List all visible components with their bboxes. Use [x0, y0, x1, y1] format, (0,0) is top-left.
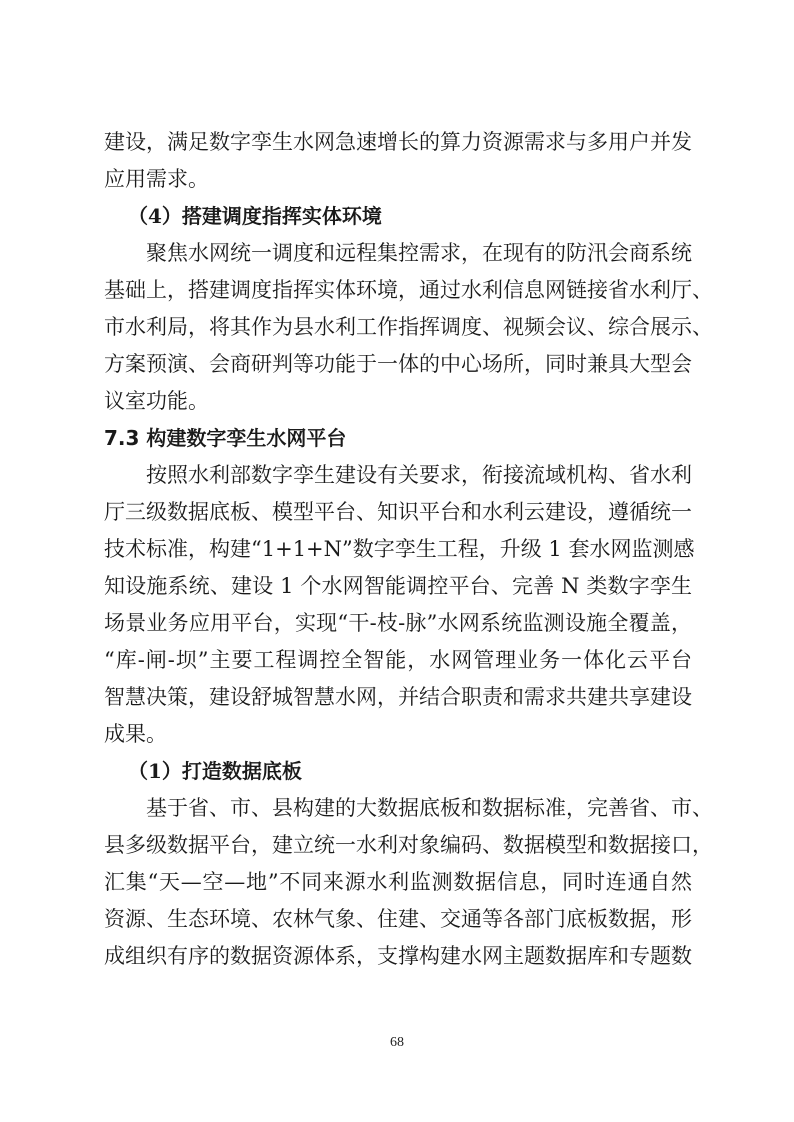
paragraph-line: 建设，满足数字孪生水网急速增长的算力资源需求与多用户并发	[104, 124, 692, 161]
subheading-1: （1）打造数据底板	[104, 753, 692, 790]
paragraph-line: 汇集“天—空—地”不同来源水利监测数据信息，同时连通自然	[104, 864, 692, 901]
paragraph-line: 厅三级数据底板、模型平台、知识平台和水利云建设，遵循统一	[104, 494, 692, 531]
paragraph-line: 场景业务应用平台，实现“干-枝-脉”水网系统监测设施全覆盖，	[104, 605, 692, 642]
section-heading-7-3: 7.3 构建数字孪生水网平台	[104, 420, 692, 457]
paragraph-line: 知设施系统、建设 1 个水网智能调控平台、完善 N 类数字孪生	[104, 568, 692, 605]
paragraph-line: 应用需求。	[104, 161, 692, 198]
paragraph-line: 资源、生态环境、农林气象、住建、交通等各部门底板数据，形	[104, 901, 692, 938]
page-number: 68	[0, 1035, 794, 1051]
paragraph-line: “库-闸-坝”主要工程调控全智能，水网管理业务一体化云平台	[104, 642, 692, 679]
paragraph-line: 成果。	[104, 716, 692, 753]
paragraph-line: 成组织有序的数据资源体系，支撑构建水网主题数据库和专题数	[104, 938, 692, 975]
paragraph-line: 县多级数据平台，建立统一水利对象编码、数据模型和数据接口，	[104, 827, 692, 864]
paragraph-line: 基础上，搭建调度指挥实体环境，通过水利信息网链接省水利厅、	[104, 272, 692, 309]
paragraph-line: 议室功能。	[104, 383, 692, 420]
document-page: 建设，满足数字孪生水网急速增长的算力资源需求与多用户并发 应用需求。 （4）搭建…	[104, 124, 692, 975]
subheading-4: （4）搭建调度指挥实体环境	[104, 198, 692, 235]
paragraph-line: 技术标准，构建“1+1+N”数字孪生工程，升级 1 套水网监测感	[104, 531, 692, 568]
paragraph-line: 按照水利部数字孪生建设有关要求，衔接流域机构、省水利	[104, 457, 692, 494]
paragraph-line: 方案预演、会商研判等功能于一体的中心场所，同时兼具大型会	[104, 346, 692, 383]
paragraph-line: 基于省、市、县构建的大数据底板和数据标准，完善省、市、	[104, 790, 692, 827]
paragraph-line: 智慧决策，建设舒城智慧水网，并结合职责和需求共建共享建设	[104, 679, 692, 716]
paragraph-line: 聚焦水网统一调度和远程集控需求，在现有的防汛会商系统	[104, 235, 692, 272]
paragraph-line: 市水利局，将其作为县水利工作指挥调度、视频会议、综合展示、	[104, 309, 692, 346]
